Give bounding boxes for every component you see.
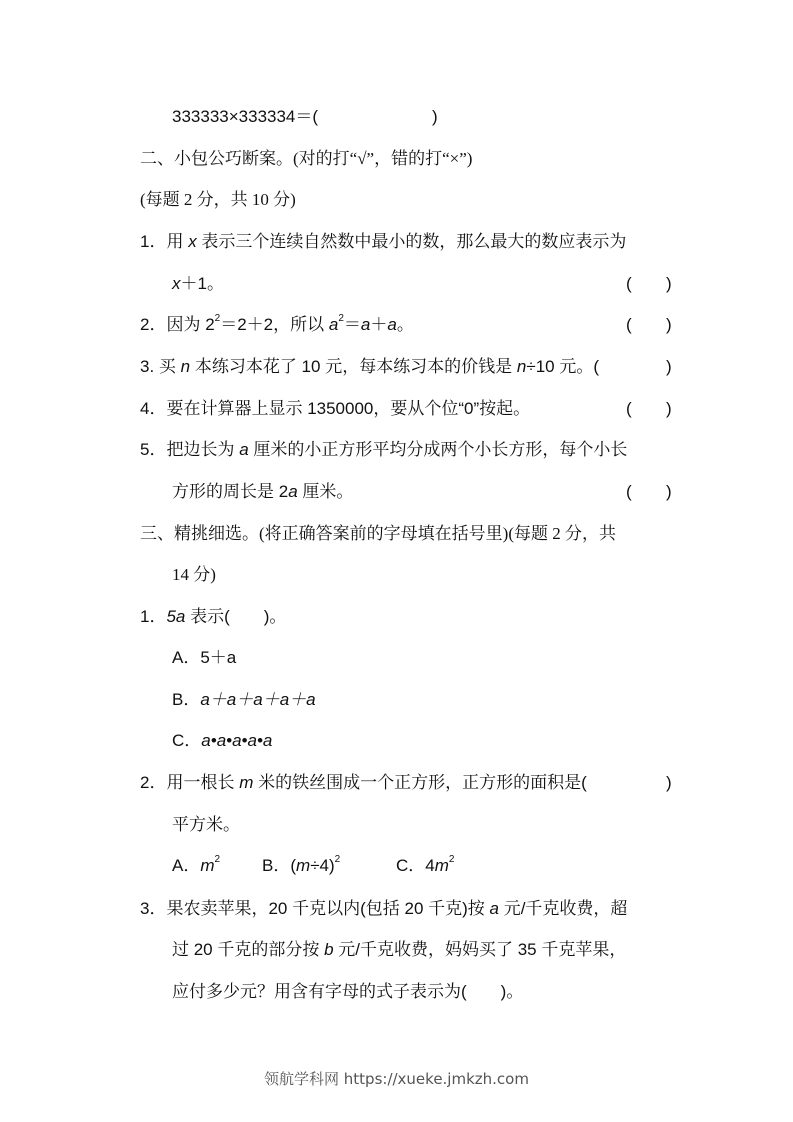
item-text: x＋1。: [172, 269, 224, 299]
footer-watermark: 领航学科网 https://xueke.jmkzh.com: [0, 1068, 793, 1089]
section-2-score: (每题 2 分，共 10 分): [0, 185, 793, 215]
tf-item-1: 1．用 x 表示三个连续自然数中最小的数，那么最大的数应表示为: [0, 227, 793, 257]
item-text: 5．把边长为 a 厘米的小正方形平均分成两个小长方形，每个小长: [140, 435, 627, 465]
option-text: A．5＋a: [172, 643, 236, 673]
option-a: A．m2: [172, 851, 220, 881]
answer-bracket-close: ): [432, 102, 438, 132]
answer-bracket-close: ): [666, 310, 672, 340]
item-text: 4．要在计算器上显示 1350000，要从个位“0”按起。: [140, 394, 530, 424]
tf-item-5-cont: 方形的周长是 2a 厘米。 ( ): [0, 477, 793, 507]
question-text: 平方米。: [172, 810, 240, 840]
mc-option-c: C．a•a•a•a•a: [0, 726, 793, 756]
question-text: 过 20 千克的部分按 b 元/千克收费，妈妈买了 35 千克苹果，: [172, 935, 626, 965]
item-text: 方形的周长是 2a 厘米。: [172, 477, 353, 507]
question-text: 2．用一根长 m 米的铁丝围成一个正方形，正方形的面积是(: [140, 768, 587, 798]
section-3-title-cont: 14 分): [0, 560, 793, 590]
mc-option-a: A．5＋a: [0, 643, 793, 673]
equation-text: 333333×333334＝(: [172, 102, 318, 132]
tf-item-5: 5．把边长为 a 厘米的小正方形平均分成两个小长方形，每个小长: [0, 435, 793, 465]
question-text: 3．果农卖苹果，20 千克以内(包括 20 千克)按 a 元/千克收费，超: [140, 894, 627, 924]
answer-bracket-close: ): [666, 477, 672, 507]
question-text: 1．5a 表示( )。: [140, 602, 286, 632]
mc-question-2-cont: 平方米。: [0, 810, 793, 840]
tf-item-2: 2．因为 22＝2＋2，所以 a2＝a＋a。 ( ): [0, 310, 793, 340]
section-2-score-text: (每题 2 分，共 10 分): [140, 185, 296, 215]
section-2-title-text: 二、小包公巧断案。(对的打“√”，错的打“×”): [140, 144, 472, 174]
item-text: 3. 买 n 本练习本花了 10 元，每本练习本的价钱是 n÷10 元。(: [140, 352, 599, 382]
mc-question-2-options: A．m2 B．(m÷4)2 C．4m2: [0, 851, 793, 881]
option-b: B．(m÷4)2: [262, 851, 340, 881]
answer-bracket-close: ): [666, 768, 672, 798]
tf-item-3: 3. 买 n 本练习本花了 10 元，每本练习本的价钱是 n÷10 元。( ): [0, 352, 793, 382]
answer-bracket-close: ): [666, 352, 672, 382]
answer-bracket-close: ): [666, 269, 672, 299]
mc-question-2: 2．用一根长 m 米的铁丝围成一个正方形，正方形的面积是( ): [0, 768, 793, 798]
mc-question-1: 1．5a 表示( )。: [0, 602, 793, 632]
section-3-title-text: 三、精挑细选。(将正确答案前的字母填在括号里)(每题 2 分，共: [140, 519, 616, 549]
mc-option-b: B．a＋a＋a＋a＋a: [0, 685, 793, 715]
math-line: 333333×333334＝( ): [0, 102, 793, 132]
answer-bracket-open: (: [626, 310, 632, 340]
answer-bracket-open: (: [626, 269, 632, 299]
section-3-title: 三、精挑细选。(将正确答案前的字母填在括号里)(每题 2 分，共: [0, 519, 793, 549]
answer-bracket-open: (: [626, 394, 632, 424]
item-number: 1．用 x 表示三个连续自然数中最小的数，那么最大的数应表示为: [140, 227, 626, 257]
item-text: 2．因为 22＝2＋2，所以 a2＝a＋a。: [140, 310, 414, 340]
answer-bracket-close: ): [666, 394, 672, 424]
option-text: C．a•a•a•a•a: [172, 726, 272, 756]
section-3-score-text: 14 分): [172, 560, 216, 590]
option-text: B．a＋a＋a＋a＋a: [172, 685, 316, 715]
question-text: 应付多少元？用含有字母的式子表示为( )。: [172, 977, 523, 1007]
answer-bracket-open: (: [626, 477, 632, 507]
section-2-title: 二、小包公巧断案。(对的打“√”，错的打“×”): [0, 144, 793, 174]
mc-question-3-cont: 过 20 千克的部分按 b 元/千克收费，妈妈买了 35 千克苹果，: [0, 935, 793, 965]
mc-question-3: 3．果农卖苹果，20 千克以内(包括 20 千克)按 a 元/千克收费，超: [0, 894, 793, 924]
option-c: C．4m2: [396, 851, 454, 881]
tf-item-4: 4．要在计算器上显示 1350000，要从个位“0”按起。 ( ): [0, 394, 793, 424]
tf-item-1-cont: x＋1。 ( ): [0, 269, 793, 299]
mc-question-3-cont2: 应付多少元？用含有字母的式子表示为( )。: [0, 977, 793, 1007]
